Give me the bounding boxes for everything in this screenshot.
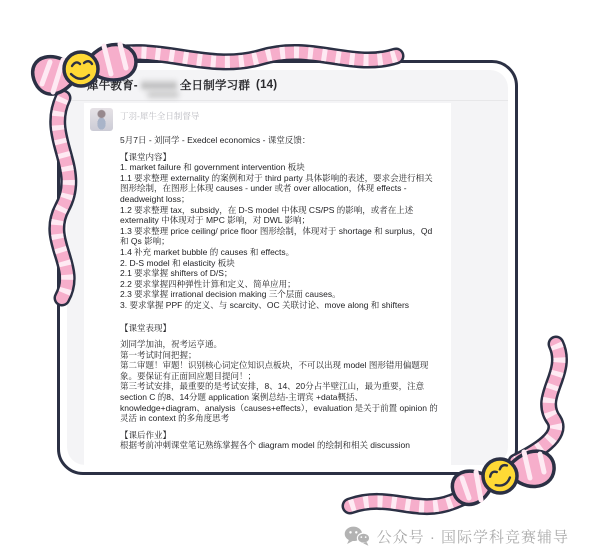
ribbon-right — [516, 344, 559, 462]
redacted-name-patch — [141, 79, 177, 91]
message-line: 2.3 要求掌握 irrational decision making 三个层面… — [120, 289, 441, 300]
message-line: 【课后作业】 — [120, 430, 441, 441]
message-line: 2.1 要求掌握 shifters of D/S； — [120, 268, 441, 279]
sender-row: 丁羽-犀牛全日制督导 — [90, 108, 441, 131]
message-line: 第一考试时间把握； — [120, 350, 441, 361]
page: 犀牛教育- 全日制学习群 (14) 丁羽-犀牛全日制督导 5月7日 - 刘同学 … — [0, 0, 597, 555]
message-line: 1. market failure 和 government intervent… — [120, 162, 441, 173]
message-card: 丁羽-犀牛全日制督导 5月7日 - 刘同学 - Exedcel economic… — [84, 103, 451, 465]
message-line: 刘同学加油，祝考运亨通。 — [120, 339, 441, 350]
member-count: (14) — [256, 79, 277, 91]
chat-content: 丁羽-犀牛全日制督导 5月7日 - 刘同学 - Exedcel economic… — [67, 101, 508, 465]
screenshot-frame: 犀牛教育- 全日制学习群 (14) 丁羽-犀牛全日制督导 5月7日 - 刘同学 … — [57, 60, 518, 475]
message-line: 1.1 要求整理 externality 的案例和对于 third party … — [120, 173, 441, 205]
chat-title-prefix: 犀牛教育- — [87, 77, 138, 93]
ribbon-bottom — [350, 484, 488, 507]
message-line: 2.2 要求掌握四种弹性计算和定义、简单应用； — [120, 279, 441, 290]
redacted-smudge — [147, 91, 179, 98]
sender-name: 丁羽-犀牛全日制督导 — [120, 110, 199, 122]
wechat-icon — [344, 525, 370, 547]
chat-title-suffix: 全日制学习群 — [180, 77, 250, 93]
message-text: 5月7日 - 刘同学 - Exedcel economics - 课堂反馈：【课… — [120, 135, 441, 451]
chat-title-bar: 犀牛教育- 全日制学习群 (14) — [67, 70, 508, 101]
message-line: 第二审题！审题！识别核心词定位知识点板块，不可以出现 model 图形错用偏题现… — [120, 360, 441, 381]
message-line: 【课堂表现】 — [120, 323, 441, 334]
message-line: 5月7日 - 刘同学 - Exedcel economics - 课堂反馈： — [120, 135, 441, 146]
chat-window: 犀牛教育- 全日制学习群 (14) 丁羽-犀牛全日制督导 5月7日 - 刘同学 … — [67, 70, 508, 465]
message-line: 1.3 要求整理 price ceiling/ price floor 图形绘制… — [120, 226, 441, 247]
chat-title: 犀牛教育- 全日制学习群 (14) — [87, 77, 277, 93]
message-line: 【课堂内容】 — [120, 152, 441, 163]
message-line: 3. 要求掌握 PPF 的定义、与 scarcity、OC 关联讨论、move … — [120, 300, 441, 311]
message-line: 1.2 要求整理 tax，subsidy，在 D-S model 中体现 CS/… — [120, 205, 441, 226]
footer-label: 公众号 · 国际学科竞赛辅导 — [377, 526, 569, 547]
sender-avatar[interactable] — [90, 108, 113, 131]
message-line: 2. D-S model 和 elasticity 板块 — [120, 258, 441, 269]
message-line: 第三考试安排，最重要的是考试安排，8、14、20分占半壁江山，最为重要，注意 s… — [120, 381, 441, 423]
message-line: 1.4 补充 market bubble 的 causes 和 effects。 — [120, 247, 441, 258]
footer: 公众号 · 国际学科竞赛辅导 — [344, 525, 569, 547]
message-line: 根据考前冲刺课堂笔记熟练掌握各个 diagram model 的绘制和相关 di… — [120, 440, 441, 451]
